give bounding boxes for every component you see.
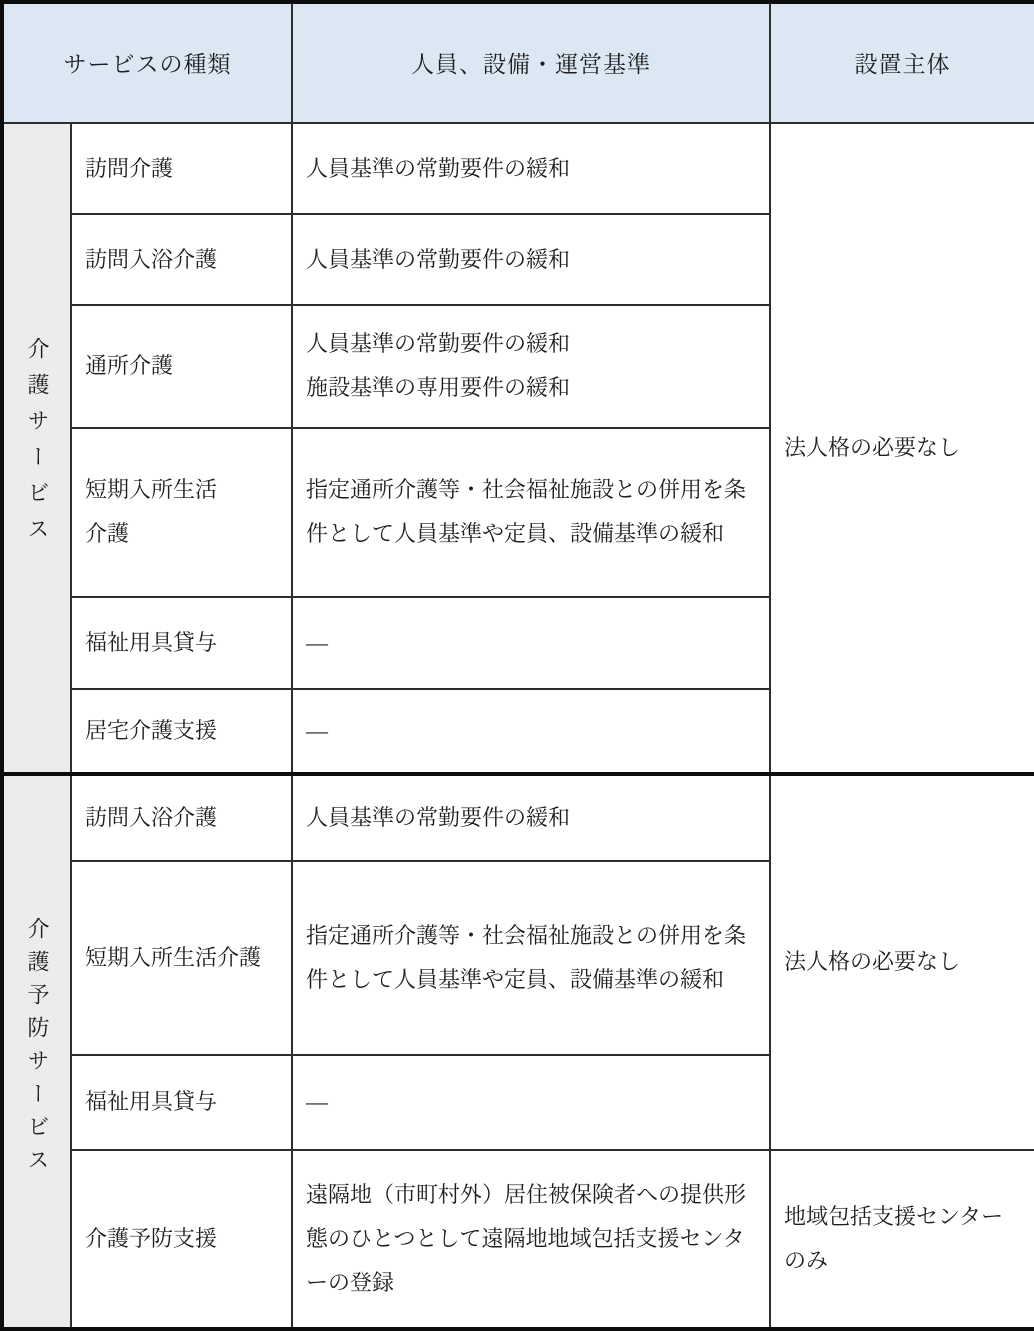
group-label-kaigo-yobo-service: 介護予防サービス xyxy=(2,774,71,1329)
service-cell: 短期入所生活介護 xyxy=(71,861,292,1055)
group-label-text: 介護サービス xyxy=(26,337,48,553)
service-cell: 短期入所生活 介護 xyxy=(71,428,292,597)
group-label-text: 介護予防サービス xyxy=(26,917,48,1181)
standard-cell: 人員基準の常勤要件の緩和 xyxy=(292,123,770,215)
service-cell: 訪問入浴介護 xyxy=(71,214,292,305)
header-standards: 人員、設備・運営基準 xyxy=(292,2,770,123)
header-entity: 設置主体 xyxy=(770,2,1034,123)
standard-cell: 指定通所介護等・社会福祉施設との併用を条件として人員基準や定員、設備基準の緩和 xyxy=(292,428,770,597)
standard-cell: ― xyxy=(292,689,770,775)
service-cell: 訪問入浴介護 xyxy=(71,774,292,861)
service-standards-table: サービスの種類 人員、設備・運営基準 設置主体 介護サービス 訪問介護 人員基準… xyxy=(0,0,1034,1331)
standard-cell: 人員基準の常勤要件の緩和 施設基準の専用要件の緩和 xyxy=(292,305,770,428)
entity-cell: 地域包括支援センターのみ xyxy=(770,1150,1034,1329)
service-cell: 訪問介護 xyxy=(71,123,292,215)
standard-cell: 人員基準の常勤要件の緩和 xyxy=(292,774,770,861)
document-page: サービスの種類 人員、設備・運営基準 設置主体 介護サービス 訪問介護 人員基準… xyxy=(0,0,1034,1331)
entity-cell: 法人格の必要なし xyxy=(770,774,1034,1150)
service-cell: 福祉用具貸与 xyxy=(71,597,292,689)
service-cell: 通所介護 xyxy=(71,305,292,428)
service-cell: 居宅介護支援 xyxy=(71,689,292,775)
standard-cell: ― xyxy=(292,1055,770,1150)
header-service-type: サービスの種類 xyxy=(2,2,292,123)
table-header-row: サービスの種類 人員、設備・運営基準 設置主体 xyxy=(2,2,1034,123)
standard-cell: 遠隔地（市町村外）居住被保険者への提供形態のひとつとして遠隔地地域包括支援センタ… xyxy=(292,1150,770,1329)
standard-cell: ― xyxy=(292,597,770,689)
service-cell: 介護予防支援 xyxy=(71,1150,292,1329)
table-row: 介護予防サービス 訪問入浴介護 人員基準の常勤要件の緩和 法人格の必要なし xyxy=(2,774,1034,861)
service-cell: 福祉用具貸与 xyxy=(71,1055,292,1150)
entity-cell: 法人格の必要なし xyxy=(770,123,1034,774)
standard-cell: 指定通所介護等・社会福祉施設との併用を条件として人員基準や定員、設備基準の緩和 xyxy=(292,861,770,1055)
standard-cell: 人員基準の常勤要件の緩和 xyxy=(292,214,770,305)
group-label-kaigo-service: 介護サービス xyxy=(2,123,71,774)
table-row: 介護予防支援 遠隔地（市町村外）居住被保険者への提供形態のひとつとして遠隔地地域… xyxy=(2,1150,1034,1329)
table-row: 介護サービス 訪問介護 人員基準の常勤要件の緩和 法人格の必要なし xyxy=(2,123,1034,215)
